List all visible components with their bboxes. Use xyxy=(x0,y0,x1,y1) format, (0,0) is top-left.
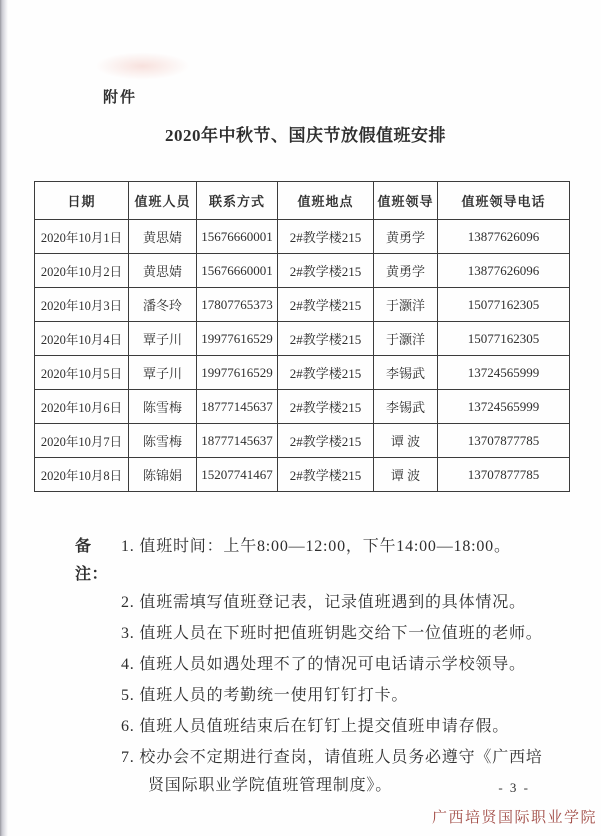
institution-footer: 广西培贤国际职业学院 xyxy=(432,806,597,827)
location-cell: 2#教学楼215 xyxy=(278,458,374,492)
table-row: 2020年10月7日 陈雪梅 18777145637 2#教学楼215 谭 波 … xyxy=(35,424,570,458)
contact-cell: 18777145637 xyxy=(197,390,278,424)
date-cell: 2020年10月7日 xyxy=(35,424,129,458)
person-cell: 陈锦娟 xyxy=(129,458,197,492)
leader-phone-cell: 13724565999 xyxy=(438,356,570,390)
contact-cell: 19977616529 xyxy=(197,356,278,390)
header-duty-leader: 值班领导 xyxy=(374,182,438,220)
date-cell: 2020年10月5日 xyxy=(35,356,129,390)
page-number: - 3 - xyxy=(498,780,530,796)
date-cell: 2020年10月2日 xyxy=(35,254,129,288)
date-cell: 2020年10月3日 xyxy=(35,288,129,322)
contact-cell: 17807765373 xyxy=(197,288,278,322)
contact-cell: 15676660001 xyxy=(197,220,278,254)
note-item-1: 1. 值班时间：上午8:00—12:00，下午14:00—18:00。 xyxy=(121,533,511,586)
leader-phone-cell: 13877626096 xyxy=(438,220,570,254)
duty-schedule-table: 日期 值班人员 联系方式 值班地点 值班领导 值班领导电话 2020年10月1日… xyxy=(34,181,570,492)
leader-cell: 李锡武 xyxy=(374,390,438,424)
attachment-label: 附件 xyxy=(103,86,137,107)
leader-cell: 谭 波 xyxy=(374,424,438,458)
leader-cell: 于灏洋 xyxy=(374,288,438,322)
leader-phone-cell: 15077162305 xyxy=(438,288,570,322)
table-header-row: 日期 值班人员 联系方式 值班地点 值班领导 值班领导电话 xyxy=(35,182,570,220)
document-title: 2020年中秋节、国庆节放假值班安排 xyxy=(10,121,601,146)
location-cell: 2#教学楼215 xyxy=(278,424,374,458)
location-cell: 2#教学楼215 xyxy=(278,322,374,356)
note-item-5: 5. 值班人员的考勤统一使用钉钉打卡。 xyxy=(121,682,580,710)
leader-phone-cell: 13707877785 xyxy=(438,458,570,492)
note-item-4: 4. 值班人员如遇处理不了的情况可电话请示学校领导。 xyxy=(121,651,580,679)
notes-label: 备注： xyxy=(75,533,121,589)
leader-cell: 于灏洋 xyxy=(374,322,438,356)
contact-cell: 15207741467 xyxy=(197,458,278,492)
header-location: 值班地点 xyxy=(278,182,374,220)
leader-cell: 李锡武 xyxy=(374,356,438,390)
contact-cell: 18777145637 xyxy=(197,424,278,458)
person-cell: 黄思婧 xyxy=(129,220,197,254)
note-item-6: 6. 值班人员值班结束后在钉钉上提交值班申请存假。 xyxy=(121,713,580,741)
date-cell: 2020年10月1日 xyxy=(35,220,129,254)
date-cell: 2020年10月6日 xyxy=(35,390,129,424)
contact-cell: 19977616529 xyxy=(197,322,278,356)
leader-cell: 谭 波 xyxy=(374,458,438,492)
note-item-2: 2. 值班需填写值班登记表，记录值班遇到的具体情况。 xyxy=(121,589,580,617)
leader-phone-cell: 13877626096 xyxy=(438,254,570,288)
leader-phone-cell: 13724565999 xyxy=(438,390,570,424)
person-cell: 潘冬玲 xyxy=(129,288,197,322)
person-cell: 陈雪梅 xyxy=(129,390,197,424)
date-cell: 2020年10月8日 xyxy=(35,458,129,492)
notes-first-row: 备注： 1. 值班时间：上午8:00—12:00，下午14:00—18:00。 xyxy=(75,533,580,589)
leader-phone-cell: 15077162305 xyxy=(438,322,570,356)
leader-phone-cell: 13707877785 xyxy=(438,424,570,458)
table-row: 2020年10月6日 陈雪梅 18777145637 2#教学楼215 李锡武 … xyxy=(35,390,570,424)
location-cell: 2#教学楼215 xyxy=(278,220,374,254)
table-row: 2020年10月3日 潘冬玲 17807765373 2#教学楼215 于灏洋 … xyxy=(35,288,570,322)
person-cell: 覃子川 xyxy=(129,356,197,390)
location-cell: 2#教学楼215 xyxy=(278,390,374,424)
header-leader-phone: 值班领导电话 xyxy=(438,182,570,220)
person-cell: 黄思婧 xyxy=(129,254,197,288)
person-cell: 覃子川 xyxy=(129,322,197,356)
table-row: 2020年10月5日 覃子川 19977616529 2#教学楼215 李锡武 … xyxy=(35,356,570,390)
leader-cell: 黄勇学 xyxy=(374,220,438,254)
date-cell: 2020年10月4日 xyxy=(35,322,129,356)
header-date: 日期 xyxy=(35,182,129,220)
location-cell: 2#教学楼215 xyxy=(278,356,374,390)
location-cell: 2#教学楼215 xyxy=(278,288,374,322)
note-item-3: 3. 值班人员在下班时把值班钥匙交给下一位值班的老师。 xyxy=(121,620,580,648)
notes-section: 备注： 1. 值班时间：上午8:00—12:00，下午14:00—18:00。 … xyxy=(75,533,580,803)
table-row: 2020年10月2日 黄思婧 15676660001 2#教学楼215 黄勇学 … xyxy=(35,254,570,288)
table-row: 2020年10月8日 陈锦娟 15207741467 2#教学楼215 谭 波 … xyxy=(35,458,570,492)
header-contact: 联系方式 xyxy=(197,182,278,220)
table-row: 2020年10月1日 黄思婧 15676660001 2#教学楼215 黄勇学 … xyxy=(35,220,570,254)
note-item-7: 7. 校办会不定期进行查岗，请值班人员务必遵守《广西培贤国际职业学院值班管理制度… xyxy=(121,744,552,800)
contact-cell: 15676660001 xyxy=(197,254,278,288)
faded-stamp-smudge xyxy=(95,52,190,80)
leader-cell: 黄勇学 xyxy=(374,254,438,288)
table-row: 2020年10月4日 覃子川 19977616529 2#教学楼215 于灏洋 … xyxy=(35,322,570,356)
location-cell: 2#教学楼215 xyxy=(278,254,374,288)
header-duty-person: 值班人员 xyxy=(129,182,197,220)
scanned-page-edge xyxy=(0,0,8,836)
person-cell: 陈雪梅 xyxy=(129,424,197,458)
